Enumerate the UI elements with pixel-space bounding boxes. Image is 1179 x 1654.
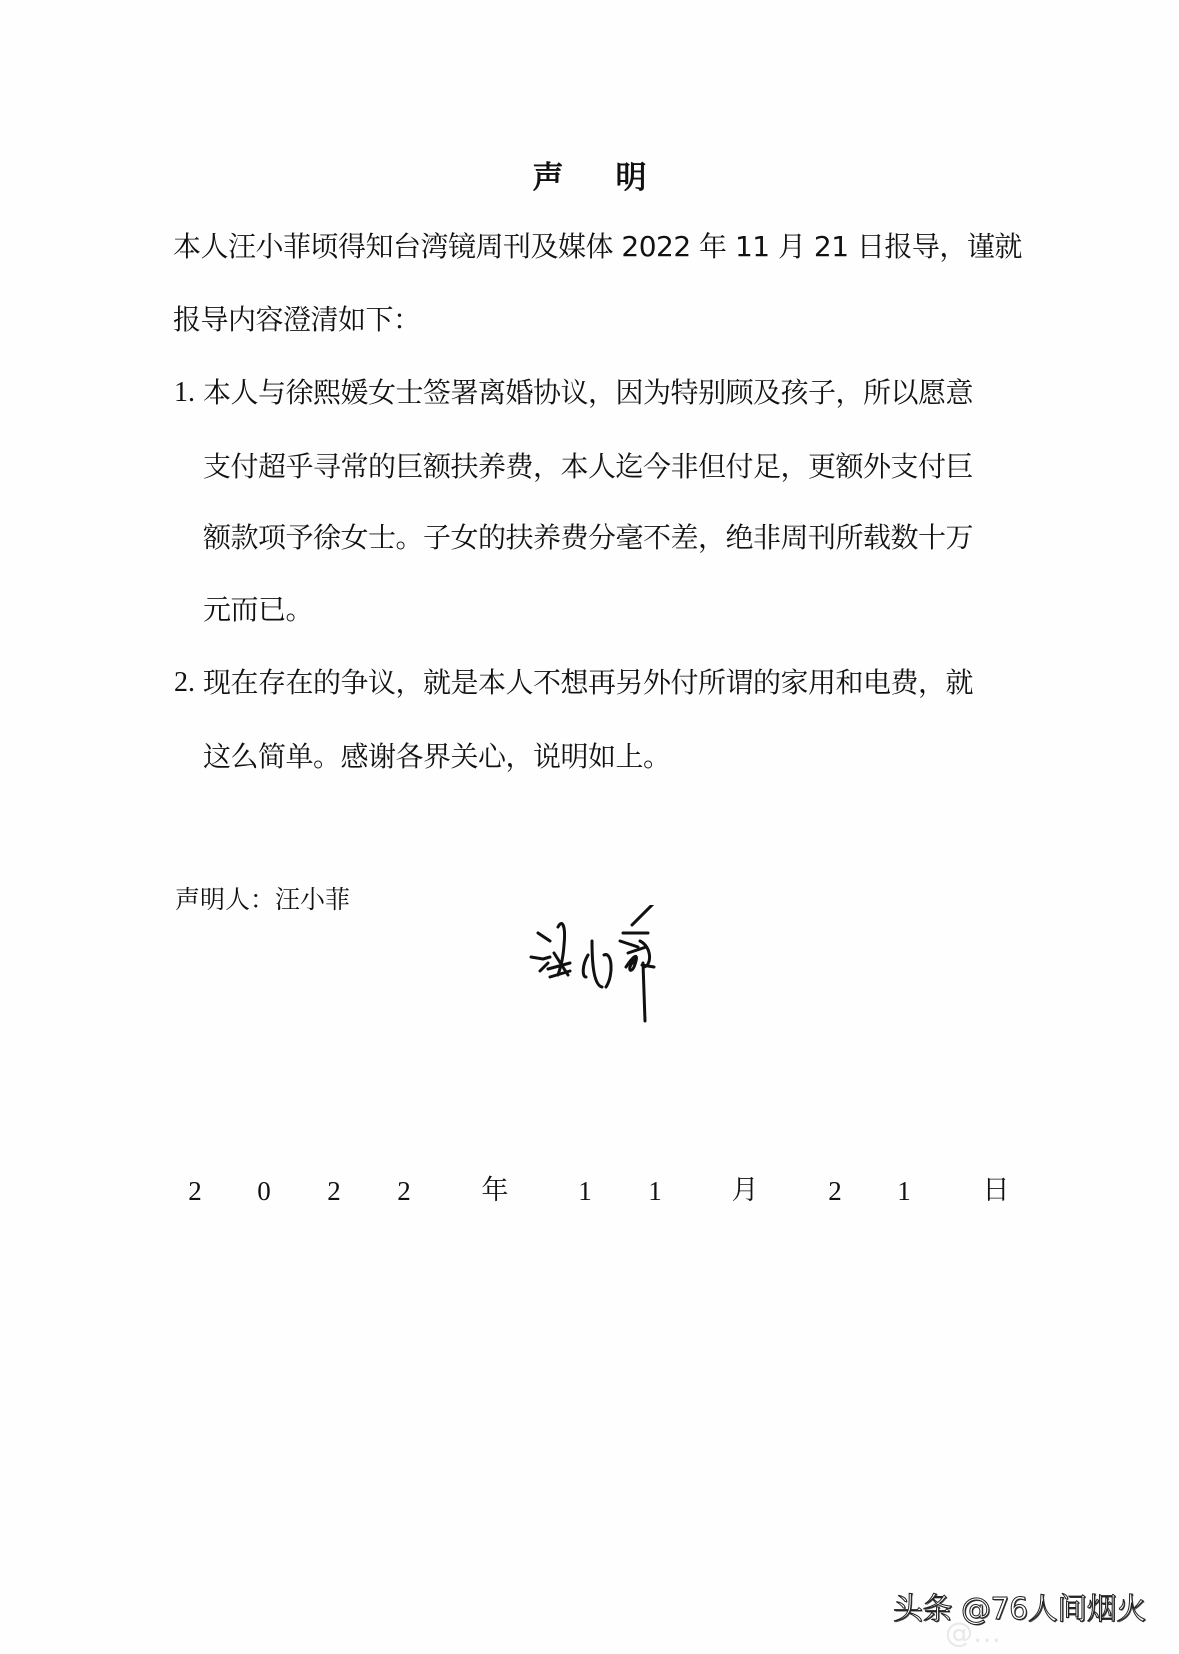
source-watermark: 头条 @76人间烟火	[893, 1592, 1146, 1628]
intro-line-2: 报导内容澄清如下：	[173, 303, 421, 337]
title-char: 明	[616, 152, 647, 197]
list-item-line: 元而已。	[203, 593, 313, 627]
date-char: 1	[578, 1174, 592, 1208]
date-char: 1	[648, 1174, 662, 1208]
document-page: 声明 本人汪小菲顷得知台湾镜周刊及媒体 2022 年 11 月 21 日报导，谨…	[0, 0, 1179, 1654]
list-item-line: 这么简单。感谢各界关心，说明如上。	[203, 740, 671, 774]
intro-line-1: 本人汪小菲顷得知台湾镜周刊及媒体 2022 年 11 月 21 日报导，谨就	[173, 230, 1022, 264]
date-char: 月	[732, 1174, 759, 1208]
list-item-line: 现在存在的争议，就是本人不想再另外付所谓的家用和电费，就	[203, 666, 973, 700]
date-char: 2	[188, 1174, 202, 1208]
date-char: 1	[897, 1174, 911, 1208]
signer-line: 声明人：汪小菲	[175, 884, 350, 916]
document-title: 声明	[0, 152, 1179, 197]
list-item-line: 额款项予徐女士。子女的扶养费分毫不差，绝非周刊所载数十万	[203, 521, 973, 555]
list-item-line: 本人与徐熙媛女士签署离婚协议，因为特别顾及孩子，所以愿意	[203, 376, 973, 410]
title-char: 声	[533, 152, 564, 197]
date-char: 2	[828, 1174, 842, 1208]
handwritten-signature	[528, 905, 668, 1030]
date-char: 2	[397, 1174, 411, 1208]
list-item-line: 支付超乎寻常的巨额扶养费，本人迄今非但付足，更额外支付巨	[203, 450, 973, 484]
date-char: 0	[257, 1174, 271, 1208]
date-char: 2	[327, 1174, 341, 1208]
list-item-number: 2.	[174, 666, 195, 700]
list-item-number: 1.	[174, 376, 195, 410]
date-char: 年	[482, 1174, 509, 1208]
document-date: 2 0 2 2 年 1 1 月 2 1 日	[0, 1174, 1179, 1208]
date-char: 日	[983, 1174, 1010, 1208]
